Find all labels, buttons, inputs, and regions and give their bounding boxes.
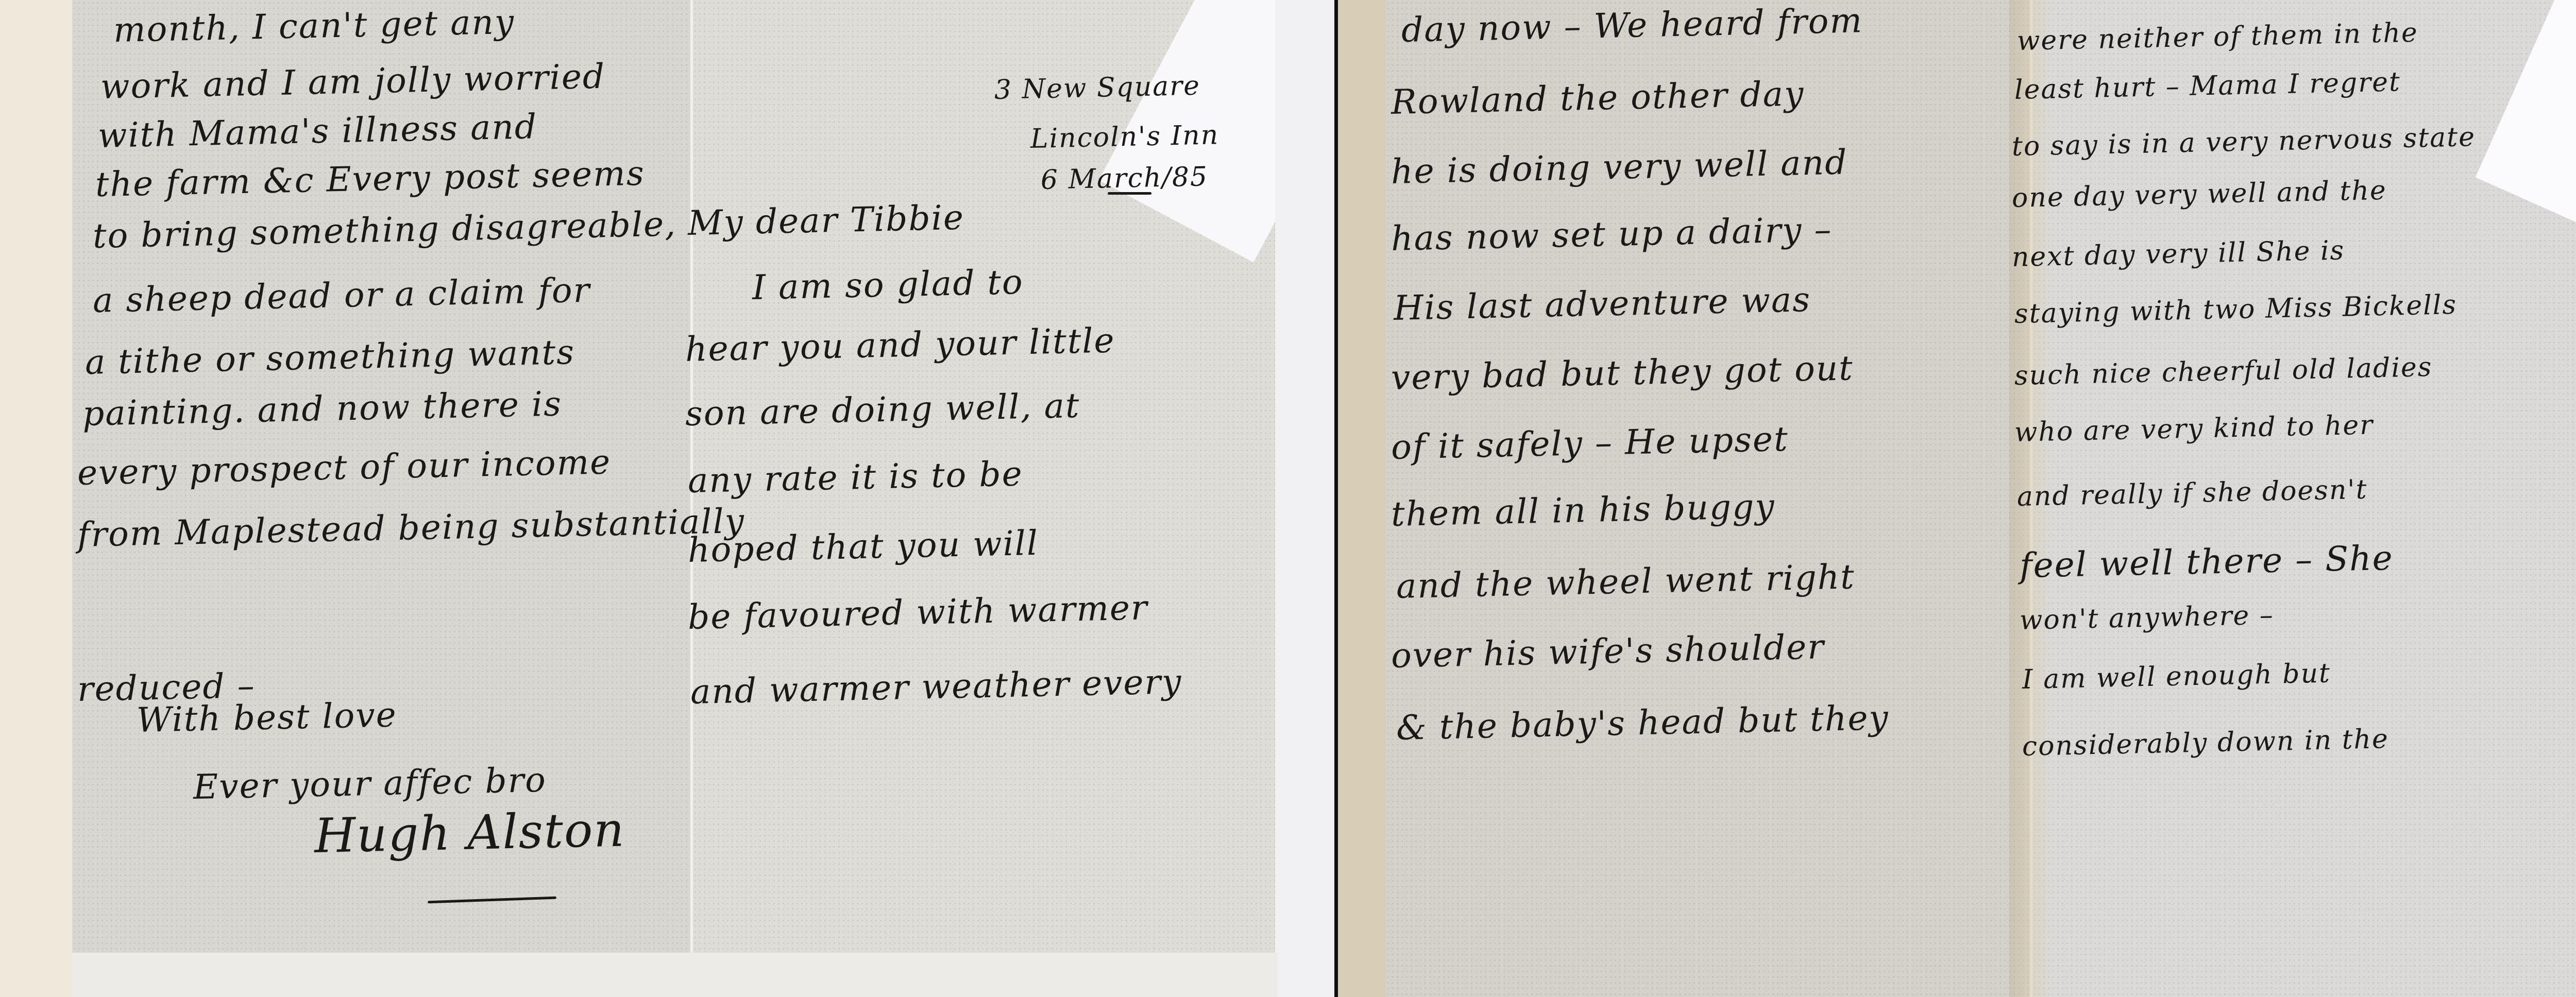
- closing-line: With best love: [136, 695, 397, 740]
- letter-date: 6 March/85: [1040, 161, 1208, 196]
- page-edge: [1275, 0, 1334, 997]
- page-bottom-edge: [72, 953, 1278, 997]
- salutation: My dear Tibbie: [687, 198, 964, 243]
- address-line: 3 New Square: [994, 71, 1200, 106]
- handwritten-line: hoped that you will: [687, 523, 1039, 570]
- handwritten-line: I am so glad to: [752, 262, 1024, 307]
- handwritten-line: feel well there – She: [2019, 538, 2394, 586]
- date-underline: [1108, 192, 1151, 195]
- closing-line: Ever your affec bro: [193, 760, 547, 807]
- handwritten-line: son are doing well, at: [685, 386, 1080, 434]
- left-photo: month, I can't get any work and I am jol…: [0, 0, 1334, 997]
- handwritten-line: I am well enough but: [2022, 658, 2331, 695]
- handwritten-line: any rate it is to be: [687, 454, 1023, 501]
- handwritten-line: won't anywhere –: [2019, 600, 2274, 636]
- photo-divider: [1334, 0, 1338, 997]
- handwritten-line: them all in his buggy: [1391, 486, 1775, 534]
- signature: Hugh Alston: [314, 802, 626, 864]
- page-shadow: [0, 0, 72, 997]
- handwritten-line: month, I can't get any: [113, 2, 515, 50]
- address-line: Lincoln's Inn: [1030, 119, 1219, 154]
- page-edge: [1338, 0, 1386, 997]
- handwritten-line: of it safely – He upset: [1391, 419, 1789, 467]
